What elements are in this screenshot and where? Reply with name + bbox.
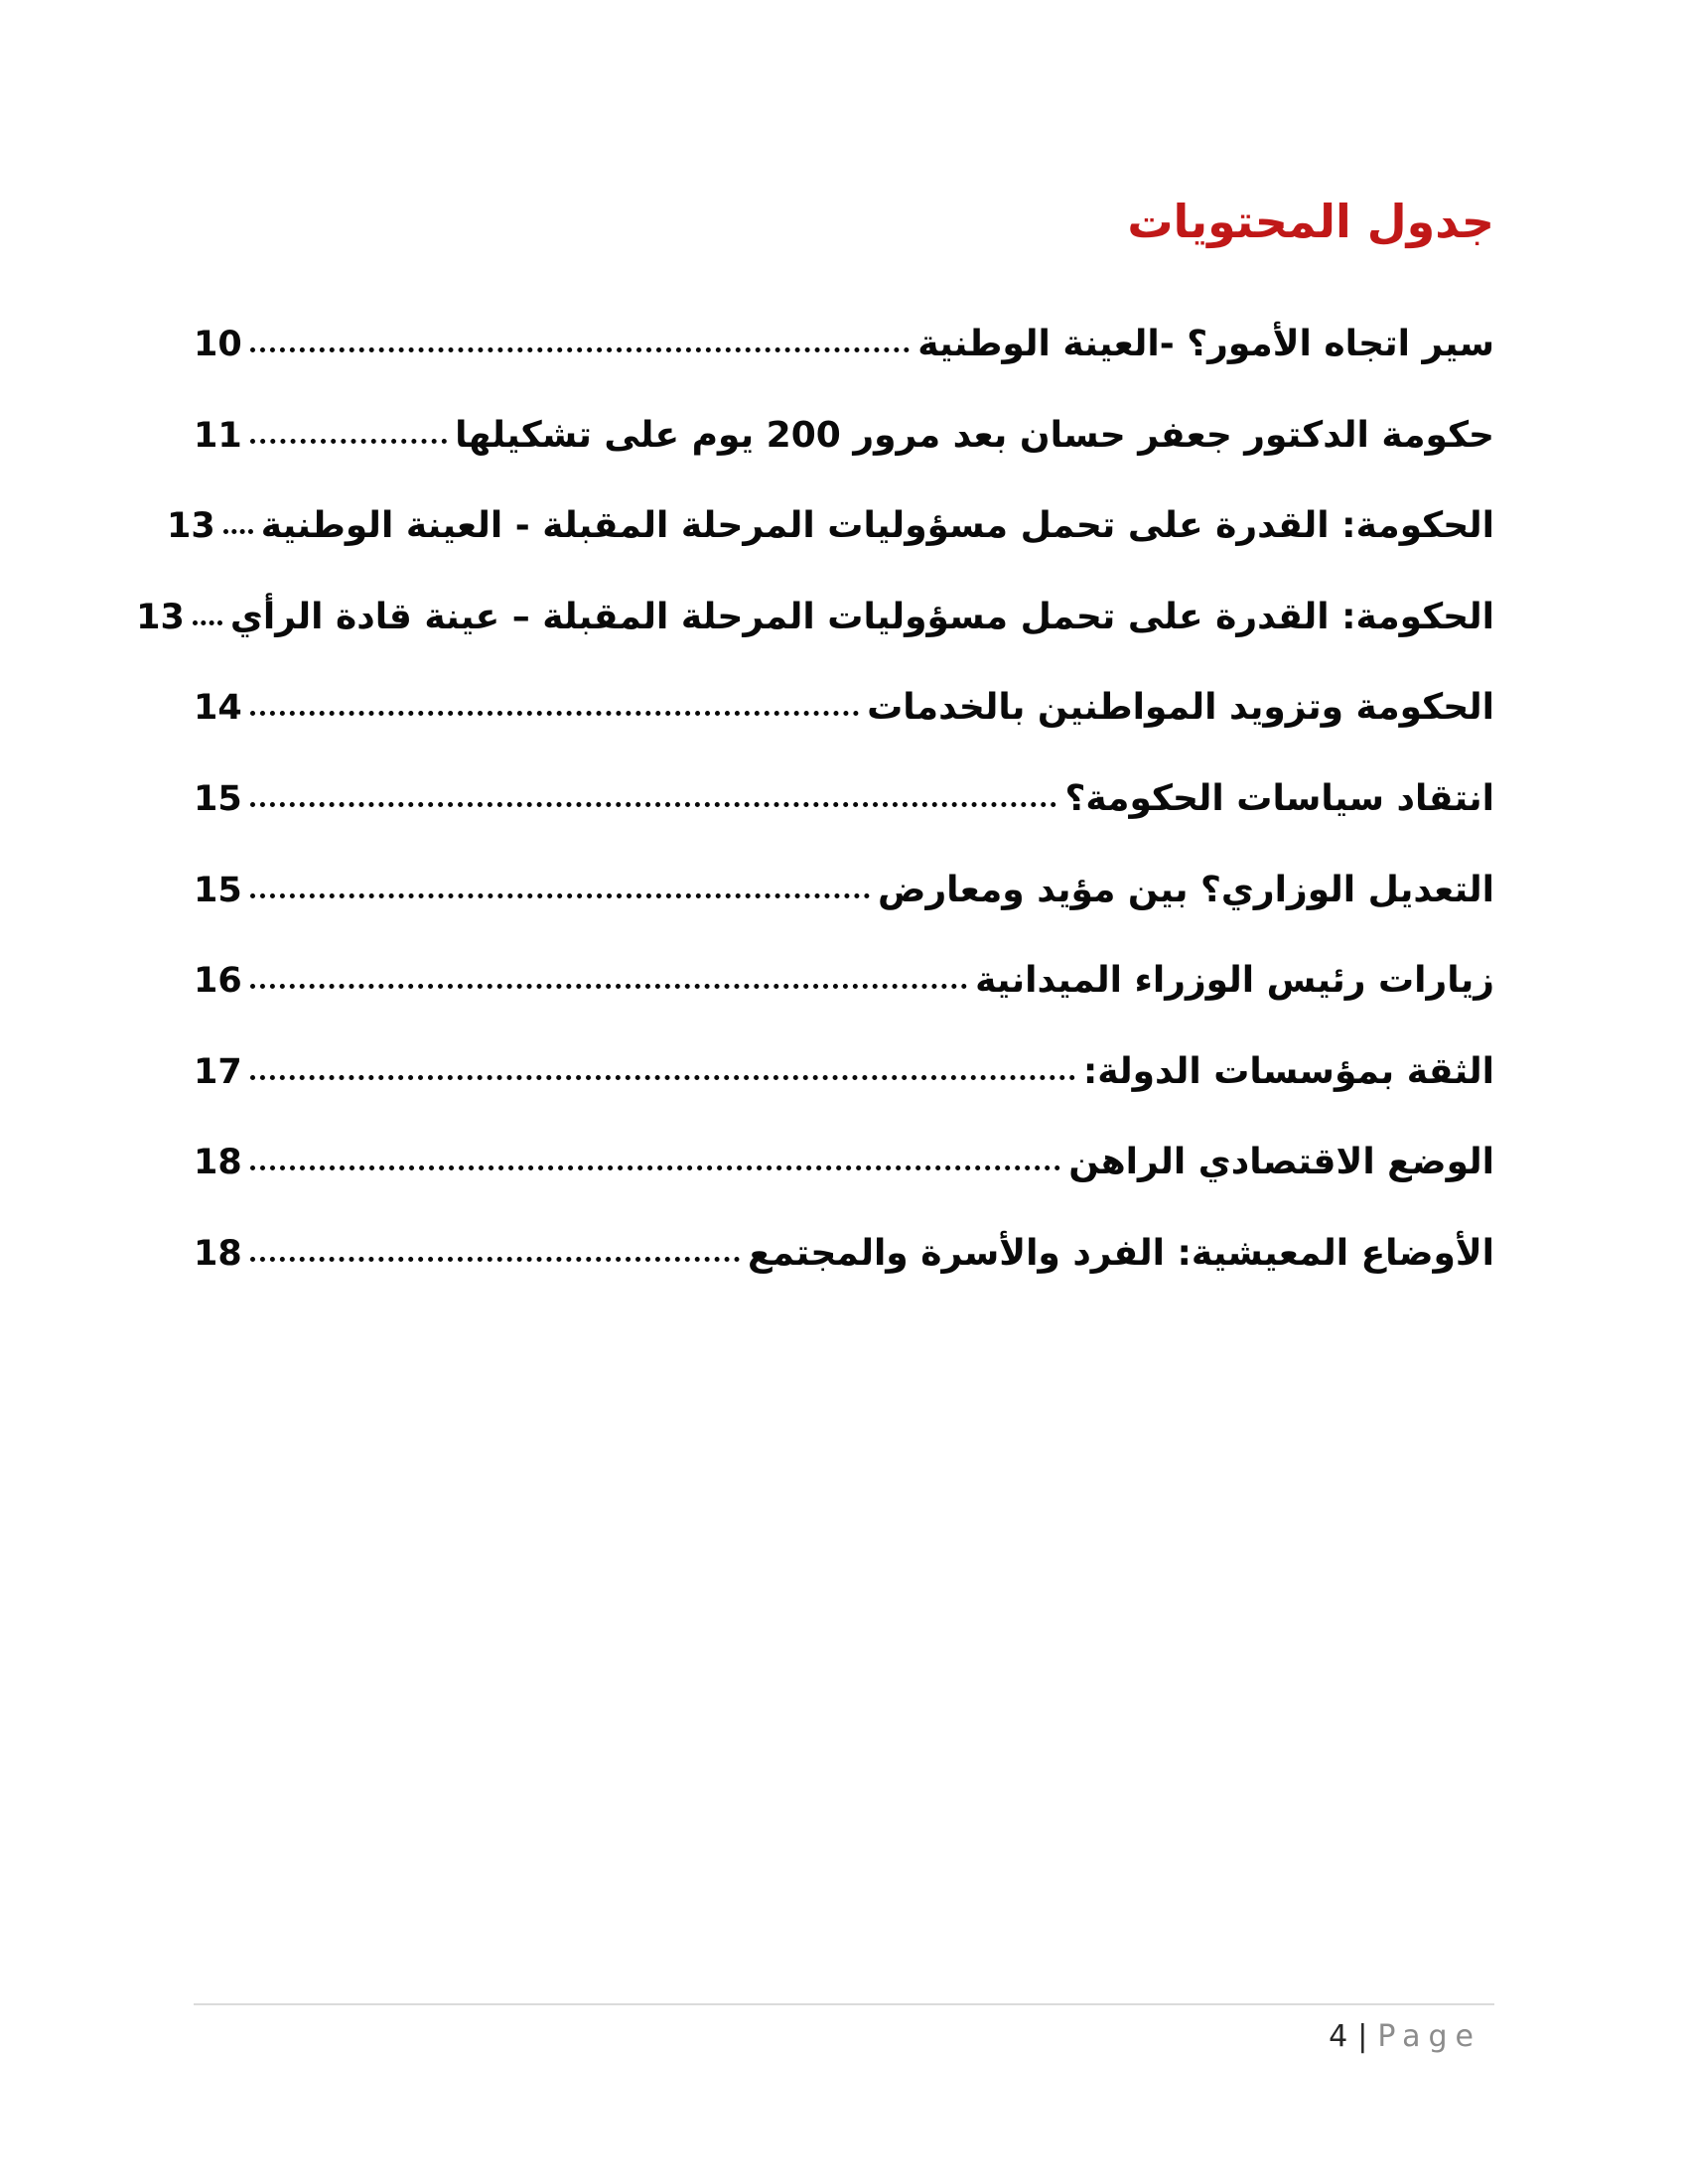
toc-dot-leader: [250, 1257, 740, 1262]
footer-page-number: 4: [1329, 2019, 1355, 2054]
toc-entry-title: الثقة بمؤسسات الدولة:: [1083, 1043, 1494, 1101]
toc-entry[interactable]: الحكومة: القدرة على تحمل مسؤوليات المرحل…: [194, 497, 1494, 555]
toc-entry[interactable]: انتقاد سياسات الحكومة؟15: [194, 770, 1494, 828]
toc-entry-title: الحكومة: القدرة على تحمل مسؤوليات المرحل…: [261, 497, 1494, 555]
toc-dot-leader: [250, 347, 911, 352]
toc-entry-page-number: 16: [194, 961, 242, 1001]
toc-entry[interactable]: الحكومة: القدرة على تحمل مسؤوليات المرحل…: [194, 589, 1494, 646]
toc-entry-title: انتقاد سياسات الحكومة؟: [1064, 770, 1494, 828]
footer-page-label: Page: [1377, 2019, 1481, 2054]
toc-dot-leader: [250, 1165, 1061, 1170]
toc-dot-leader: [250, 711, 859, 716]
toc-dot-leader: [250, 893, 870, 898]
toc-entry[interactable]: الأوضاع المعيشية: الفرد والأسرة والمجتمع…: [194, 1225, 1494, 1283]
toc-entry-page-number: 13: [136, 598, 185, 637]
toc-entry-title: الأوضاع المعيشية: الفرد والأسرة والمجتمع: [748, 1225, 1494, 1283]
toc-entry-page-number: 18: [194, 1234, 242, 1274]
toc-entry[interactable]: الثقة بمؤسسات الدولة:17: [194, 1043, 1494, 1101]
table-of-contents: سير اتجاه الأمور؟ -العينة الوطنية10حكومة…: [194, 316, 1494, 1316]
toc-entry-page-number: 15: [194, 871, 242, 910]
toc-entry[interactable]: الحكومة وتزويد المواطنين بالخدمات14: [194, 679, 1494, 737]
toc-entry-title: سير اتجاه الأمور؟ -العينة الوطنية: [917, 316, 1494, 373]
toc-entry-title: حكومة الدكتور جعفر حسان بعد مرور 200 يوم…: [455, 407, 1494, 465]
toc-entry-page-number: 18: [194, 1143, 242, 1182]
toc-entry-title: التعديل الوزاري؟ بين مؤيد ومعارض: [878, 862, 1494, 919]
page-footer: 4|Page: [1329, 2019, 1481, 2054]
footer-separator: |: [1355, 2019, 1377, 2054]
toc-dot-leader: [223, 529, 253, 534]
toc-dot-leader: [250, 984, 967, 989]
toc-entry-page-number: 14: [194, 688, 242, 728]
toc-entry[interactable]: التعديل الوزاري؟ بين مؤيد ومعارض15: [194, 862, 1494, 919]
toc-entry[interactable]: الوضع الاقتصادي الراهن18: [194, 1134, 1494, 1191]
toc-entry-title: الوضع الاقتصادي الراهن: [1068, 1134, 1494, 1191]
toc-entry-title: الحكومة: القدرة على تحمل مسؤوليات المرحل…: [230, 589, 1494, 646]
toc-dot-leader: [250, 802, 1057, 807]
toc-entry-page-number: 15: [194, 779, 242, 819]
toc-entry-page-number: 13: [167, 506, 215, 546]
toc-entry[interactable]: سير اتجاه الأمور؟ -العينة الوطنية10: [194, 316, 1494, 373]
toc-entry-title: الحكومة وتزويد المواطنين بالخدمات: [867, 679, 1494, 737]
footer-divider: [194, 2003, 1494, 2005]
toc-dot-leader: [250, 439, 447, 444]
toc-dot-leader: [250, 1075, 1075, 1080]
toc-dot-leader: [193, 620, 222, 625]
document-page: جدول المحتويات سير اتجاه الأمور؟ -العينة…: [0, 0, 1688, 2184]
page-title: جدول المحتويات: [194, 195, 1494, 248]
toc-entry-page-number: 17: [194, 1052, 242, 1092]
toc-entry-page-number: 10: [194, 325, 242, 364]
toc-entry[interactable]: زيارات رئيس الوزراء الميدانية16: [194, 952, 1494, 1010]
toc-entry[interactable]: حكومة الدكتور جعفر حسان بعد مرور 200 يوم…: [194, 407, 1494, 465]
toc-entry-title: زيارات رئيس الوزراء الميدانية: [975, 952, 1494, 1010]
toc-entry-page-number: 11: [194, 416, 242, 456]
